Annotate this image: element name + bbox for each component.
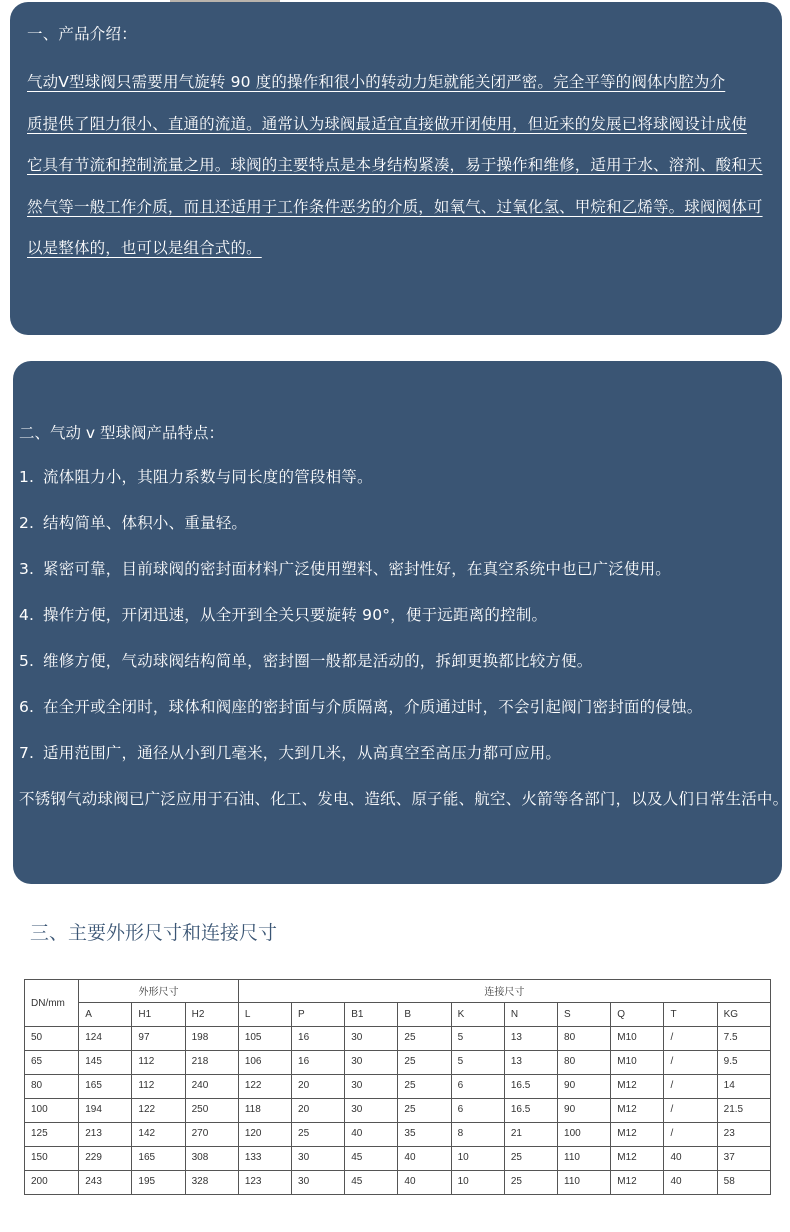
table-cell: 229 bbox=[79, 1147, 132, 1171]
table-cell: 145 bbox=[79, 1051, 132, 1075]
table-cell: 80 bbox=[558, 1051, 611, 1075]
table-cell: 21 bbox=[504, 1123, 557, 1147]
table-cell: 20 bbox=[292, 1075, 345, 1099]
column-header: L bbox=[238, 1003, 291, 1027]
table-cell: 105 bbox=[238, 1027, 291, 1051]
table-cell: 90 bbox=[558, 1099, 611, 1123]
table-cell: 124 bbox=[79, 1027, 132, 1051]
column-header: Q bbox=[611, 1003, 664, 1027]
table-cell: 30 bbox=[345, 1075, 398, 1099]
dn-header: DN/mm bbox=[25, 980, 79, 1027]
column-header: P bbox=[292, 1003, 345, 1027]
table-row: 2002431953281233045401025110M124058 bbox=[25, 1171, 771, 1195]
table-cell: 5 bbox=[451, 1027, 504, 1051]
intro-line: 以是整体的，也可以是组合式的。 bbox=[27, 228, 772, 270]
table-cell: 97 bbox=[132, 1027, 185, 1051]
table-cell: 6 bbox=[451, 1075, 504, 1099]
table-cell: 328 bbox=[185, 1171, 238, 1195]
table-cell: 120 bbox=[238, 1123, 291, 1147]
feature-item: 3.紧密可靠，目前球阀的密封面材料广泛使用塑料、密封性好，在真空系统中也已广泛使… bbox=[19, 559, 779, 605]
table-cell: 90 bbox=[558, 1075, 611, 1099]
table-cell: 194 bbox=[79, 1099, 132, 1123]
table-cell: 9.5 bbox=[717, 1051, 770, 1075]
table-cell: / bbox=[664, 1123, 717, 1147]
column-header: K bbox=[451, 1003, 504, 1027]
table-cell: 80 bbox=[558, 1027, 611, 1051]
table-cell: 25 bbox=[398, 1027, 451, 1051]
table-cell: 123 bbox=[238, 1171, 291, 1195]
table-cell: 133 bbox=[238, 1147, 291, 1171]
table-cell: 112 bbox=[132, 1075, 185, 1099]
table-cell: 8 bbox=[451, 1123, 504, 1147]
table-row: 80165112240122203025616.590M12/14 bbox=[25, 1075, 771, 1099]
table-cell: 40 bbox=[345, 1123, 398, 1147]
features-title: 二、气动 v 型球阀产品特点： bbox=[19, 423, 224, 443]
table-cell: / bbox=[664, 1027, 717, 1051]
column-header: KG bbox=[717, 1003, 770, 1027]
table-cell: M12 bbox=[611, 1075, 664, 1099]
feature-item: 6.在全开或全闭时，球体和阀座的密封面与介质隔离，介质通过时，不会引起阀门密封面… bbox=[19, 697, 779, 743]
table-cell: M12 bbox=[611, 1099, 664, 1123]
column-header: S bbox=[558, 1003, 611, 1027]
table-cell: 10 bbox=[451, 1171, 504, 1195]
column-header: B bbox=[398, 1003, 451, 1027]
table-cell: 30 bbox=[345, 1051, 398, 1075]
table-cell: 16.5 bbox=[504, 1075, 557, 1099]
dimensions-title: 三、主要外形尺寸和连接尺寸 bbox=[30, 921, 277, 945]
table-cell: 110 bbox=[558, 1171, 611, 1195]
feature-item: 2.结构简单、体积小、重量轻。 bbox=[19, 513, 779, 559]
outer-dimensions-header: 外形尺寸 bbox=[79, 980, 239, 1003]
intro-title: 一、产品介绍： bbox=[27, 24, 137, 44]
features-closing: 不锈钢气动球阀已广泛应用于石油、化工、发电、造纸、原子能、航空、火箭等各部门，以… bbox=[19, 789, 779, 835]
feature-item: 7.适用范围广，通径从小到几毫米，大到几米，从高真空至高压力都可应用。 bbox=[19, 743, 779, 789]
dn-cell: 150 bbox=[25, 1147, 79, 1171]
table-cell: 14 bbox=[717, 1075, 770, 1099]
column-header: H1 bbox=[132, 1003, 185, 1027]
table-cell: M12 bbox=[611, 1171, 664, 1195]
table-cell: 213 bbox=[79, 1123, 132, 1147]
table-cell: 165 bbox=[79, 1075, 132, 1099]
table-cell: 13 bbox=[504, 1051, 557, 1075]
table-cell: M12 bbox=[611, 1147, 664, 1171]
table-cell: 165 bbox=[132, 1147, 185, 1171]
table-cell: 30 bbox=[292, 1171, 345, 1195]
table-column-header-row: AH1H2LPB1BKNSQTKG bbox=[25, 1003, 771, 1027]
table-cell: 45 bbox=[345, 1171, 398, 1195]
dn-cell: 200 bbox=[25, 1171, 79, 1195]
table-cell: M10 bbox=[611, 1027, 664, 1051]
table-cell: 30 bbox=[292, 1147, 345, 1171]
table-cell: 25 bbox=[398, 1075, 451, 1099]
table-cell: 21.5 bbox=[717, 1099, 770, 1123]
dn-cell: 80 bbox=[25, 1075, 79, 1099]
table-cell: 25 bbox=[292, 1123, 345, 1147]
table-cell: 5 bbox=[451, 1051, 504, 1075]
table-cell: 198 bbox=[185, 1027, 238, 1051]
table-row: 100194122250118203025616.590M12/21.5 bbox=[25, 1099, 771, 1123]
table-cell: 20 bbox=[292, 1099, 345, 1123]
dn-cell: 125 bbox=[25, 1123, 79, 1147]
table-group-header-row: DN/mm 外形尺寸 连接尺寸 bbox=[25, 980, 771, 1003]
table-cell: 40 bbox=[664, 1147, 717, 1171]
table-cell: 25 bbox=[504, 1147, 557, 1171]
table-cell: 122 bbox=[238, 1075, 291, 1099]
table-row: 125213142270120254035821100M12/23 bbox=[25, 1123, 771, 1147]
table-cell: 25 bbox=[398, 1099, 451, 1123]
table-body: 501249719810516302551380M10/7.5651451122… bbox=[25, 1027, 771, 1195]
table-cell: 16 bbox=[292, 1051, 345, 1075]
feature-item: 5.维修方便，气动球阀结构简单，密封圈一般都是活动的，拆卸更换都比较方便。 bbox=[19, 651, 779, 697]
table-cell: 106 bbox=[238, 1051, 291, 1075]
table-row: 501249719810516302551380M10/7.5 bbox=[25, 1027, 771, 1051]
intro-line: 质提供了阻力很小、直通的流道。通常认为球阀最适宜直接做开闭使用，但近来的发展已将… bbox=[27, 104, 772, 146]
intro-line: 然气等一般工作介质，而且还适用于工作条件恶劣的介质，如氧气、过氧化氢、甲烷和乙烯… bbox=[27, 187, 772, 229]
column-header: B1 bbox=[345, 1003, 398, 1027]
dn-cell: 65 bbox=[25, 1051, 79, 1075]
feature-item: 1.流体阻力小，其阻力系数与同长度的管段相等。 bbox=[19, 467, 779, 513]
table-row: 1502291653081333045401025110M124037 bbox=[25, 1147, 771, 1171]
table-cell: 40 bbox=[398, 1147, 451, 1171]
table-cell: 308 bbox=[185, 1147, 238, 1171]
table-cell: 122 bbox=[132, 1099, 185, 1123]
table-cell: 10 bbox=[451, 1147, 504, 1171]
table-cell: 37 bbox=[717, 1147, 770, 1171]
table-cell: 25 bbox=[398, 1051, 451, 1075]
table-cell: 195 bbox=[132, 1171, 185, 1195]
table-cell: 13 bbox=[504, 1027, 557, 1051]
table-cell: 58 bbox=[717, 1171, 770, 1195]
table-cell: 40 bbox=[398, 1171, 451, 1195]
table-cell: 35 bbox=[398, 1123, 451, 1147]
table-cell: 100 bbox=[558, 1123, 611, 1147]
table-cell: 250 bbox=[185, 1099, 238, 1123]
table-row: 6514511221810616302551380M10/9.5 bbox=[25, 1051, 771, 1075]
table-cell: 16.5 bbox=[504, 1099, 557, 1123]
table-cell: 110 bbox=[558, 1147, 611, 1171]
table-cell: / bbox=[664, 1075, 717, 1099]
table-cell: 40 bbox=[664, 1171, 717, 1195]
table-cell: / bbox=[664, 1051, 717, 1075]
product-intro-panel: 一、产品介绍： 气动Ⅴ型球阀只需要用气旋转 90 度的操作和很小的转动力矩就能关… bbox=[10, 2, 782, 335]
table-cell: M12 bbox=[611, 1123, 664, 1147]
dimensions-table: DN/mm 外形尺寸 连接尺寸 AH1H2LPB1BKNSQTKG 501249… bbox=[24, 979, 771, 1195]
table-cell: 30 bbox=[345, 1099, 398, 1123]
feature-item: 4.操作方便，开闭迅速，从全开到全关只要旋转 90°，便于远距离的控制。 bbox=[19, 605, 779, 651]
column-header: A bbox=[79, 1003, 132, 1027]
table-cell: 270 bbox=[185, 1123, 238, 1147]
table-cell: 142 bbox=[132, 1123, 185, 1147]
intro-body: 气动Ⅴ型球阀只需要用气旋转 90 度的操作和很小的转动力矩就能关闭严密。完全平等… bbox=[27, 62, 772, 270]
connection-dimensions-header: 连接尺寸 bbox=[238, 980, 770, 1003]
column-header: H2 bbox=[185, 1003, 238, 1027]
table-cell: 30 bbox=[345, 1027, 398, 1051]
table-cell: 243 bbox=[79, 1171, 132, 1195]
table-cell: 118 bbox=[238, 1099, 291, 1123]
product-features-panel: 二、气动 v 型球阀产品特点： 1.流体阻力小，其阻力系数与同长度的管段相等。 … bbox=[13, 361, 782, 884]
table-cell: 25 bbox=[504, 1171, 557, 1195]
table-cell: 112 bbox=[132, 1051, 185, 1075]
table-cell: 23 bbox=[717, 1123, 770, 1147]
table-cell: / bbox=[664, 1099, 717, 1123]
intro-line: 它具有节流和控制流量之用。球阀的主要特点是本身结构紧凑，易于操作和维修，适用于水… bbox=[27, 145, 772, 187]
table-cell: 7.5 bbox=[717, 1027, 770, 1051]
table-cell: M10 bbox=[611, 1051, 664, 1075]
features-list: 1.流体阻力小，其阻力系数与同长度的管段相等。 2.结构简单、体积小、重量轻。 … bbox=[19, 467, 779, 835]
dn-cell: 100 bbox=[25, 1099, 79, 1123]
table-cell: 218 bbox=[185, 1051, 238, 1075]
column-header: T bbox=[664, 1003, 717, 1027]
column-header: N bbox=[504, 1003, 557, 1027]
intro-line: 气动Ⅴ型球阀只需要用气旋转 90 度的操作和很小的转动力矩就能关闭严密。完全平等… bbox=[27, 62, 772, 104]
table-cell: 45 bbox=[345, 1147, 398, 1171]
dn-cell: 50 bbox=[25, 1027, 79, 1051]
table-cell: 6 bbox=[451, 1099, 504, 1123]
table-cell: 240 bbox=[185, 1075, 238, 1099]
table-cell: 16 bbox=[292, 1027, 345, 1051]
